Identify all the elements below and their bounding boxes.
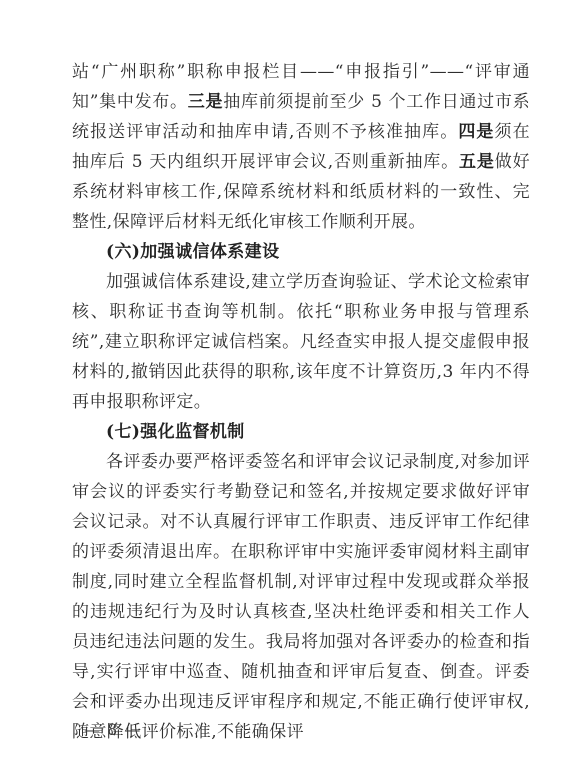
body-paragraph-supervision: 各评委办要严格评委签名和评审会议记录制度,对参加评审会议的评委实行考勤登记和签名… <box>72 447 530 747</box>
page-content: 站“广州职称”职称申报栏目——“申报指引”——“评审通知”集中发布。三是抽库前须… <box>72 57 530 747</box>
document-page: 站“广州职称”职称申报栏目——“申报指引”——“评审通知”集中发布。三是抽库前须… <box>0 0 585 779</box>
emphasis-run-fifth: 五是 <box>459 152 495 172</box>
body-paragraph-integrity: 加强诚信体系建设,建立学历查询验证、学术论文检索审核、职称证书查询等机制。依托“… <box>72 267 530 417</box>
section-heading-seven: (七)强化监督机制 <box>72 417 530 447</box>
section-heading-six: (六)加强诚信体系建设 <box>72 237 530 267</box>
continued-paragraph: 站“广州职称”职称申报栏目——“申报指引”——“评审通知”集中发布。三是抽库前须… <box>72 57 530 237</box>
emphasis-run-fourth: 四是 <box>458 122 494 142</box>
emphasis-run-third: 三是 <box>188 92 223 112</box>
page-number: — 8 — <box>84 720 141 739</box>
